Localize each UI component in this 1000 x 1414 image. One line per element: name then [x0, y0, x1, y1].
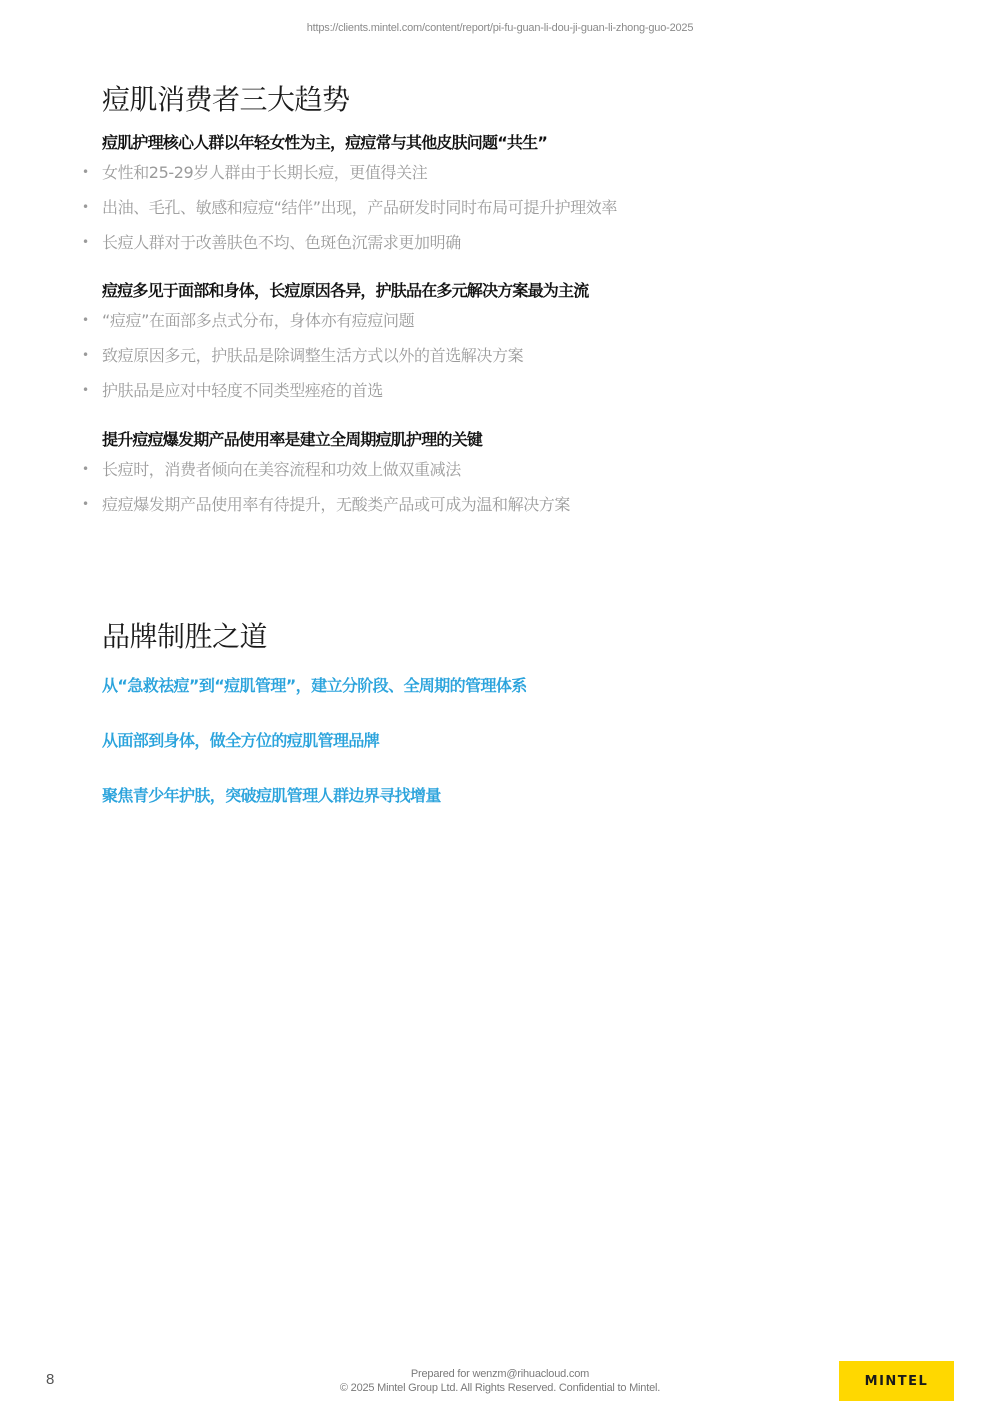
bullet-icon: • [82, 462, 102, 476]
trend-group-3-bullet-1: • 长痘时，消费者倾向在美容流程和功效上做双重减法 [82, 457, 461, 480]
trend-group-2-bullet-1: • “痘痘”在面部多点式分布，身体亦有痘痘问题 [82, 308, 414, 331]
trends-section-title: 痘肌消费者三大趋势 [102, 78, 350, 118]
bullet-icon: • [82, 235, 102, 249]
bullet-text: 长痘时，消费者倾向在美容流程和功效上做双重减法 [102, 457, 461, 480]
brand-strategy-1: 从“急救祛痘”到“痘肌管理”，建立分阶段、全周期的管理体系 [102, 673, 527, 696]
bullet-icon: • [82, 383, 102, 397]
bullet-icon: • [82, 165, 102, 179]
bullet-icon: • [82, 313, 102, 327]
trend-group-3-bullet-2: • 痘痘爆发期产品使用率有待提升，无酸类产品或可成为温和解决方案 [82, 492, 570, 515]
brand-section-title: 品牌制胜之道 [102, 615, 267, 655]
trend-group-3-heading: 提升痘痘爆发期产品使用率是建立全周期痘肌护理的关键 [102, 427, 482, 450]
mintel-logo: MINTEL [839, 1361, 954, 1401]
trend-group-2-bullet-2: • 致痘原因多元，护肤品是除调整生活方式以外的首选解决方案 [82, 343, 523, 366]
bullet-icon: • [82, 497, 102, 511]
bullet-text: 出油、毛孔、敏感和痘痘“结伴”出现，产品研发时同时布局可提升护理效率 [102, 195, 617, 218]
trend-group-2-heading: 痘痘多见于面部和身体，长痘原因各异，护肤品在多元解决方案最为主流 [102, 278, 588, 301]
bullet-text: 痘痘爆发期产品使用率有待提升，无酸类产品或可成为温和解决方案 [102, 492, 570, 515]
bullet-icon: • [82, 348, 102, 362]
bullet-text: 长痘人群对于改善肤色不均、色斑色沉需求更加明确 [102, 230, 461, 253]
brand-strategy-2: 从面部到身体，做全方位的痘肌管理品牌 [102, 728, 379, 751]
bullet-text: 致痘原因多元，护肤品是除调整生活方式以外的首选解决方案 [102, 343, 523, 366]
brand-strategy-3: 聚焦青少年护肤，突破痘肌管理人群边界寻找增量 [102, 783, 441, 806]
trend-group-1-bullet-2: • 出油、毛孔、敏感和痘痘“结伴”出现，产品研发时同时布局可提升护理效率 [82, 195, 617, 218]
bullet-icon: • [82, 200, 102, 214]
bullet-text: 女性和25-29岁人群由于长期长痘，更值得关注 [102, 160, 427, 183]
bullet-text: 护肤品是应对中轻度不同类型痤疮的首选 [102, 378, 383, 401]
bullet-text: “痘痘”在面部多点式分布，身体亦有痘痘问题 [102, 308, 414, 331]
page-url-header: https://clients.mintel.com/content/repor… [0, 22, 1000, 34]
trend-group-1-heading: 痘肌护理核心人群以年轻女性为主，痘痘常与其他皮肤问题“共生” [102, 130, 547, 153]
trend-group-2-bullet-3: • 护肤品是应对中轻度不同类型痤疮的首选 [82, 378, 383, 401]
trend-group-1-bullet-1: • 女性和25-29岁人群由于长期长痘，更值得关注 [82, 160, 427, 183]
trend-group-1-bullet-3: • 长痘人群对于改善肤色不均、色斑色沉需求更加明确 [82, 230, 461, 253]
